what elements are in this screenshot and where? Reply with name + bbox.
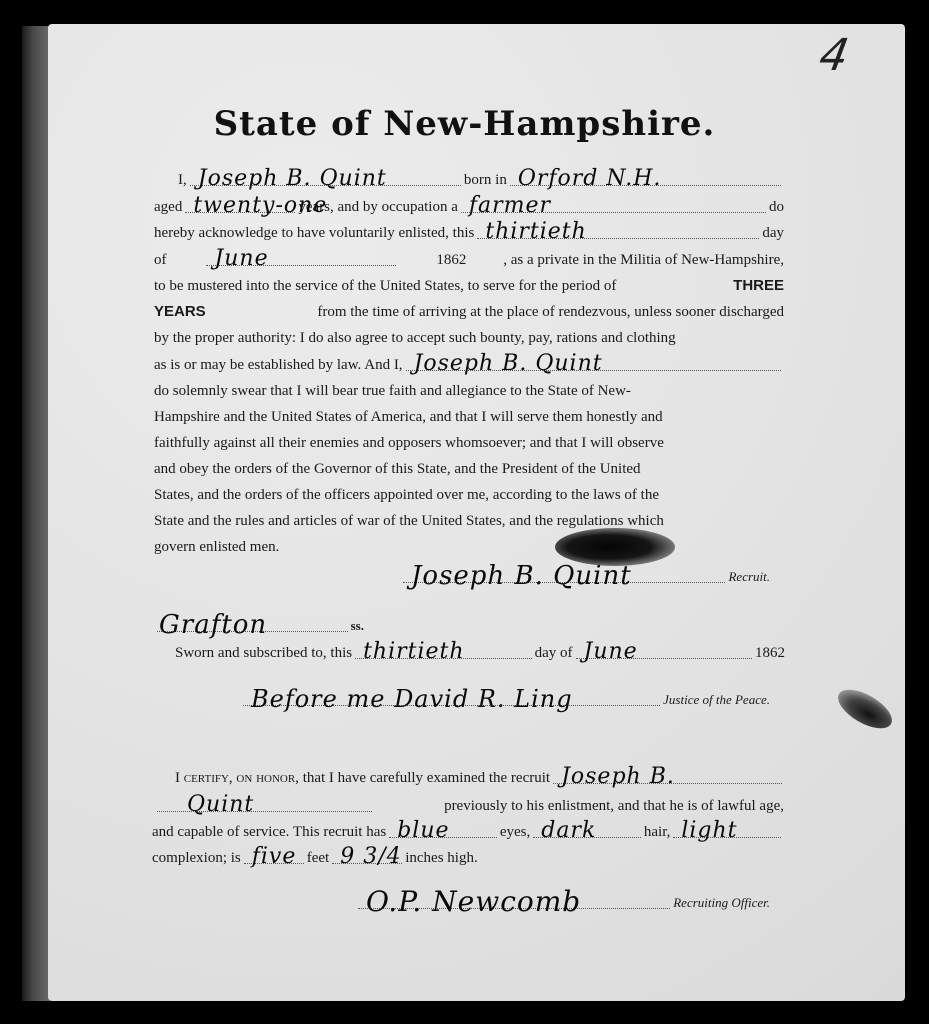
line-6: YEARS from the time of arriving at the p… (154, 302, 784, 322)
line-age-occupation: aged twenty-one years, and by occupation… (154, 197, 784, 217)
recruit-signature-line: Joseph B. Quint Recruit. (400, 567, 770, 587)
inches-field: 9 3/4 (332, 848, 402, 864)
line-13: States, and the orders of the officers a… (154, 485, 784, 505)
line-enlist-day: hereby acknowledge to have voluntarily e… (154, 223, 784, 243)
line-14: State and the rules and articles of war … (154, 511, 784, 531)
eyes-field: blue (389, 822, 497, 838)
line-9: do solemnly swear that I will bear true … (154, 381, 784, 401)
age-field: twenty-one (185, 197, 295, 213)
line-11: faithfully against all their enemies and… (154, 433, 784, 453)
recruit-name-field: Joseph B. Quint (190, 170, 461, 186)
officer-signature-line: O.P. Newcomb Recruiting Officer. (355, 893, 770, 913)
line-7: by the proper authority: I do also agree… (154, 328, 784, 348)
sworn-line: Sworn and subscribed to, this thirtieth … (175, 643, 785, 663)
hair-field: dark (533, 822, 641, 838)
examined-recruit-last-field: Quint (157, 796, 372, 812)
line-12: and obey the orders of the Governor of t… (154, 459, 784, 479)
certify-line: I certify, on honor, that I have careful… (175, 768, 785, 788)
line-10: Hampshire and the United States of Ameri… (154, 407, 784, 427)
county-field: Grafton (157, 616, 348, 632)
recruit-last-line: Quint previously to his enlistment, and … (154, 796, 784, 816)
county-line: Grafton ss. (154, 616, 364, 636)
sworn-month-field: June (576, 643, 753, 659)
justice-line: Before me David R. Ling Justice of the P… (240, 690, 770, 710)
height-line: complexion; is five feet 9 3/4 inches hi… (152, 848, 592, 868)
officer-signature-field: O.P. Newcomb (358, 893, 670, 909)
enlist-month-field: June (206, 250, 396, 266)
line-15: govern enlisted men. (154, 537, 784, 557)
eyes-hair-line: and capable of service. This recruit has… (152, 822, 784, 842)
line-enlist-month: of June 1862, as a private in the Militi… (154, 250, 784, 270)
sworn-day-field: thirtieth (355, 643, 532, 659)
document-title: State of New-Hampshire. (0, 104, 929, 144)
enlist-day-field: thirtieth (477, 223, 759, 239)
occupation-field: farmer (461, 197, 766, 213)
birthplace-field: Orford N.H. (510, 170, 781, 186)
line-5: to be mustered into the service of the U… (154, 276, 784, 296)
line-name-birthplace: I, Joseph B. Quint born in Orford N.H. (178, 170, 784, 190)
line-oath-name: as is or may be established by law. And … (154, 355, 784, 375)
feet-field: five (244, 848, 304, 864)
recruit-signature-field: Joseph B. Quint (403, 567, 725, 583)
justice-name-field: Before me David R. Ling (243, 690, 660, 706)
oath-name-field: Joseph B. Quint (406, 355, 781, 371)
examined-recruit-first-field: Joseph B. (553, 768, 782, 784)
page-shadow-edge (22, 26, 50, 1001)
complexion-field: light (673, 822, 781, 838)
